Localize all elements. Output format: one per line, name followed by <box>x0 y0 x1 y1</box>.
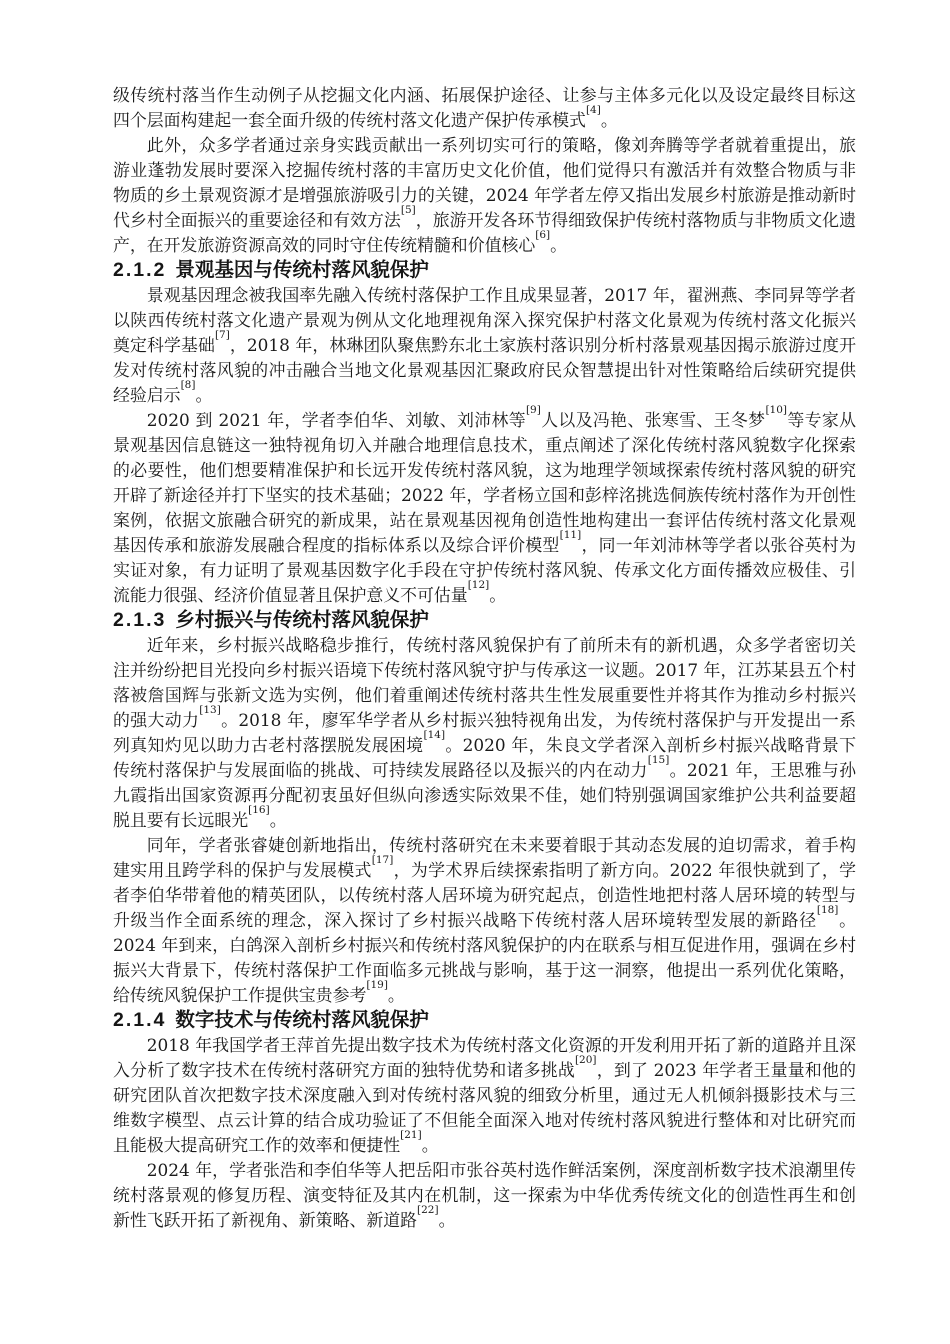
text-run: 2020 到 2021 年，学者李伯华、刘敏、刘沛林等 <box>147 410 526 430</box>
paragraph: 近年来，乡村振兴战略稳步推行，传统村落风貌保护有了前所未有的新机遇，众多学者密切… <box>113 633 856 833</box>
text-run: 。 <box>422 1135 439 1155</box>
text-run: 等专家从景观基因信息链这一独特视角切入并融合地理信息技术，重点阐述了深化传统村落… <box>113 410 856 555</box>
citation-ref: [7] <box>215 329 230 341</box>
citation-ref: [22] <box>417 1204 439 1216</box>
citation-ref: [15] <box>648 754 670 766</box>
section-heading: 2.1.2景观基因与传统村落风貌保护 <box>113 258 856 283</box>
paragraph: 2020 到 2021 年，学者李伯华、刘敏、刘沛林等[9]人以及冯艳、张寒雪、… <box>113 408 856 608</box>
paragraph: 景观基因理念被我国率先融入传统村落保护工作且成果显著，2017 年，翟洲燕、李同… <box>113 283 856 408</box>
citation-ref: [4] <box>586 104 601 116</box>
text-run: 。 <box>550 235 567 255</box>
citation-ref: [9] <box>526 404 541 416</box>
citation-ref: [21] <box>400 1129 422 1141</box>
citation-ref: [10] <box>765 404 787 416</box>
section-number: 2.1.3 <box>113 609 166 631</box>
citation-ref: [6] <box>535 229 550 241</box>
text-run: 。 <box>601 110 618 130</box>
citation-ref: [8] <box>181 379 196 391</box>
section-number: 2.1.4 <box>113 1009 166 1031</box>
citation-ref: [20] <box>575 1054 597 1066</box>
citation-ref: [12] <box>468 579 490 591</box>
citation-ref: [11] <box>560 529 582 541</box>
text-run: 。 <box>195 385 212 405</box>
text-run: 。 <box>270 810 287 830</box>
text-run: 。 <box>489 585 506 605</box>
citation-ref: [19] <box>366 979 388 991</box>
paragraph: 2024 年，学者张浩和李伯华等人把岳阳市张谷英村选作鲜活案例，深度剖析数字技术… <box>113 1158 856 1233</box>
paragraph: 同年，学者张睿婕创新地指出，传统村落研究在未来要着眼于其动态发展的迫切需求，着手… <box>113 833 856 1008</box>
section-heading: 2.1.3乡村振兴与传统村落风貌保护 <box>113 608 856 633</box>
document-page: 级传统村落当作生动例子从挖掘文化内涵、拓展保护途径、让参与主体多元化以及设定最终… <box>0 0 950 1344</box>
section-heading: 2.1.4数字技术与传统村落风貌保护 <box>113 1008 856 1033</box>
section-title: 数字技术与传统村落风貌保护 <box>175 1009 429 1031</box>
citation-ref: [5] <box>401 204 416 216</box>
citation-ref: [13] <box>199 704 221 716</box>
text-run: 2024 年，学者张浩和李伯华等人把岳阳市张谷英村选作鲜活案例，深度剖析数字技术… <box>113 1160 856 1230</box>
text-run: 。 <box>439 1210 456 1230</box>
paragraph: 级传统村落当作生动例子从挖掘文化内涵、拓展保护途径、让参与主体多元化以及设定最终… <box>113 83 856 133</box>
section-title: 景观基因与传统村落风貌保护 <box>175 259 429 281</box>
text-run: 。 <box>388 985 405 1005</box>
citation-ref: [17] <box>372 854 394 866</box>
citation-ref: [14] <box>423 729 445 741</box>
text-run: 级传统村落当作生动例子从挖掘文化内涵、拓展保护途径、让参与主体多元化以及设定最终… <box>113 85 856 130</box>
section-title: 乡村振兴与传统村落风貌保护 <box>175 609 429 631</box>
section-number: 2.1.2 <box>113 259 166 281</box>
citation-ref: [18] <box>817 904 839 916</box>
text-run: ，2018 年，林琳团队聚焦黔东北土家族村落识别分析村落景观基因揭示旅游过度开发… <box>113 335 856 405</box>
citation-ref: [16] <box>248 804 270 816</box>
paragraph: 此外，众多学者通过亲身实践贡献出一系列切实可行的策略，像刘奔腾等学者就着重提出，… <box>113 133 856 258</box>
text-run: 人以及冯艳、张寒雪、王冬梦 <box>541 410 766 430</box>
paragraph: 2018 年我国学者王萍首先提出数字技术为传统村落文化资源的开发利用开拓了新的道… <box>113 1033 856 1158</box>
document-text-block: 级传统村落当作生动例子从挖掘文化内涵、拓展保护途径、让参与主体多元化以及设定最终… <box>113 83 856 1233</box>
